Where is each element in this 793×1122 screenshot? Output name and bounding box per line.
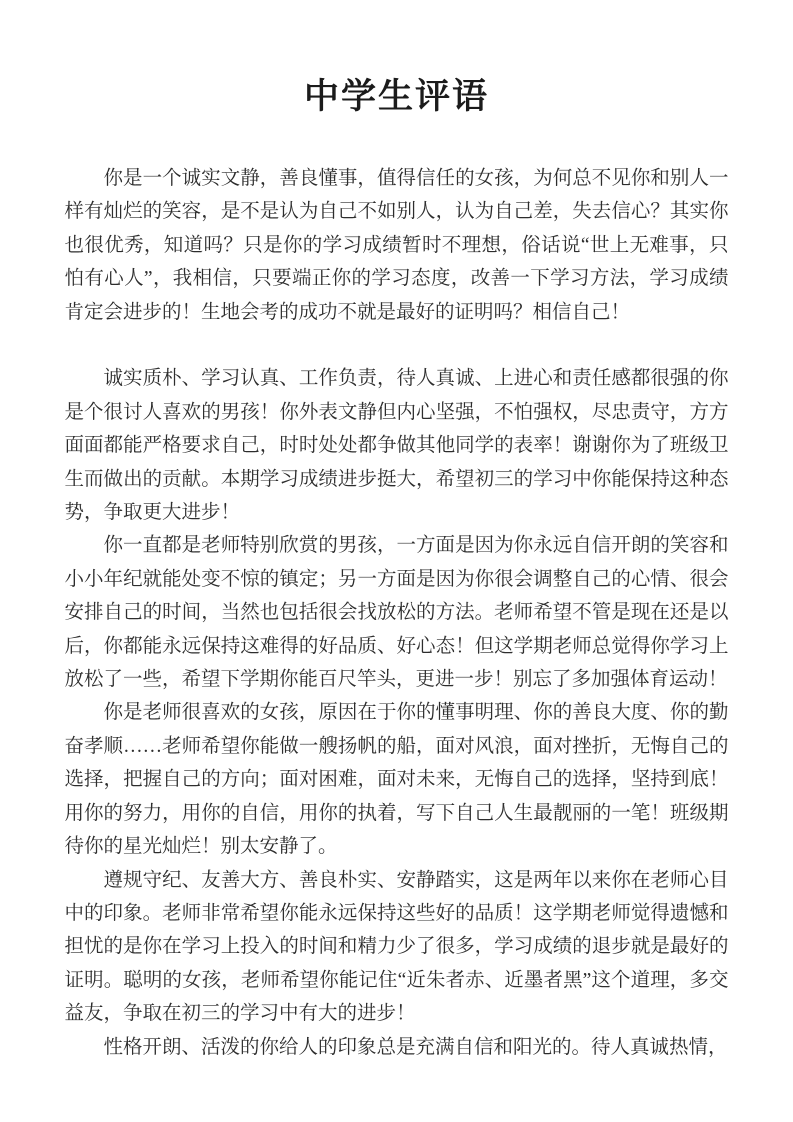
document-page: 中学生评语 你是一个诚实文静，善良懂事，值得信任的女孩，为何总不见你和别人一样有… [0, 0, 793, 1122]
paragraph-3: 你一直都是老师特别欣赏的男孩，一方面是因为你永远自信开朗的笑容和小小年纪就能处变… [65, 529, 729, 696]
paragraph-4: 你是老师很喜欢的女孩，原因在于你的懂事明理、你的善良大度、你的勤奋孝顺……老师希… [65, 696, 729, 863]
paragraph-6: 性格开朗、活泼的你给人的印象总是充满自信和阳光的。待人真诚热情， [65, 1031, 729, 1064]
document-title: 中学生评语 [0, 0, 793, 118]
document-body: 你是一个诚实文静，善良懂事，值得信任的女孩，为何总不见你和别人一样有灿烂的笑容，… [65, 162, 729, 1064]
paragraph-5: 遵规守纪、友善大方、善良朴实、安静踏实，这是两年以来你在老师心目中的印象。老师非… [65, 864, 729, 1031]
paragraph-2: 诚实质朴、学习认真、工作负责，待人真诚、上进心和责任感都很强的你是个很讨人喜欢的… [65, 362, 729, 529]
paragraph-1: 你是一个诚实文静，善良懂事，值得信任的女孩，为何总不见你和别人一样有灿烂的笑容，… [65, 162, 729, 329]
